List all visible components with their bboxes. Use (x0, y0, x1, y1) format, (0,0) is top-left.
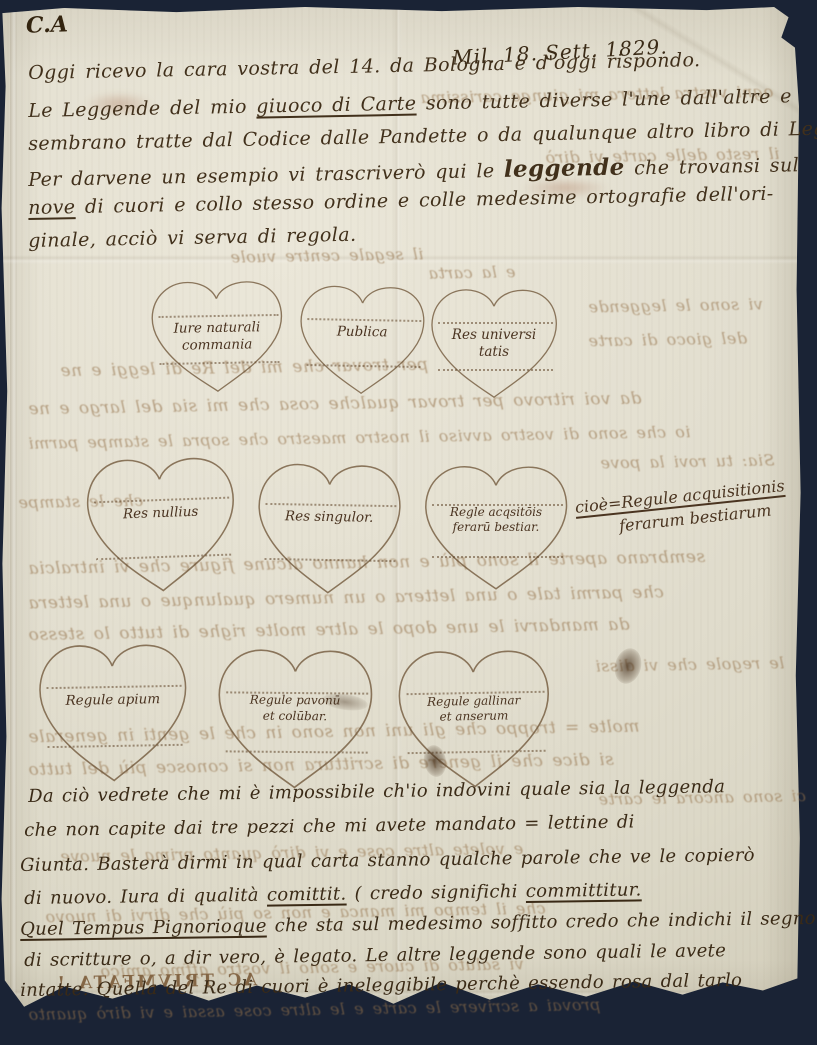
closing-line-4b-underlined: comittit. (267, 883, 347, 905)
heart-label-line1: Publica (287, 322, 437, 342)
heart-label-line1: Res singulor. (243, 508, 415, 529)
heart-label-line1: Regle acqsitōis (410, 505, 582, 521)
showthrough-line: del gioco di carte (588, 329, 747, 351)
heart-card-3: Res universitatis (418, 284, 570, 400)
heart-label: Iure naturalicommania (138, 318, 297, 356)
heart-card-7: Regule apium (23, 636, 204, 785)
opening-line-2b-underlined: giuoco di Carte (256, 93, 417, 118)
heart-label: Regule apium (24, 690, 202, 711)
closing-line-5a-underlined: Quel Tempus Pignorioque (20, 916, 267, 940)
heart-card-4: Res nullius (70, 449, 253, 597)
heart-card-1: Iure naturalicommania (137, 275, 297, 396)
opening-line-4c: che trovansi sul (624, 154, 799, 179)
dotted-line (438, 322, 554, 324)
heart-outline-icon (23, 636, 204, 785)
showthrough-line: il segale centre vuole (230, 244, 424, 266)
scanned-letter-page: { "colors": { "backdrop": "#1a2335", "pa… (0, 0, 817, 1045)
heart-label: Res singulor. (243, 508, 415, 529)
heart-label-line2: ferarū bestiar. (410, 520, 582, 536)
heart-label: Publica (287, 322, 437, 342)
heart-card-8: Regule pavonūet colūbar. (201, 642, 388, 792)
dotted-line (438, 369, 554, 371)
closing-line-4a: di nuovo. Iura di qualità (24, 885, 267, 909)
opening-line-5a-underlined: nove (28, 196, 76, 219)
salutation: C.A (26, 11, 69, 38)
heart-label-line2: et anserum (383, 708, 565, 727)
closing-line-4d-underlined: committitur. (526, 879, 642, 902)
heart-card-9: Regule gallinaret anserum (382, 642, 567, 791)
heart-card-6: Regle acqsitōisferarū bestiar. (410, 460, 582, 592)
heart-label: Res universitatis (418, 327, 570, 362)
heart-card-5: Res singulor. (242, 457, 416, 598)
showthrough-line: vi sono le leggende (588, 294, 763, 316)
heart-label: Regule gallinaret anserum (383, 692, 566, 726)
opening-line-4b-emphasis: leggende (504, 154, 625, 183)
showthrough-line: Sia: tu rovi la pove (600, 450, 775, 472)
heart-label: Regle acqsitōisferarū bestiar. (410, 505, 582, 536)
showthrough-line: e la carta (428, 262, 516, 283)
heart-label-line2: et colūbar. (202, 708, 388, 725)
heart-label-line2: tatis (418, 344, 570, 362)
heart-label-line1: Res universi (418, 327, 570, 345)
left-fold-crease (10, 5, 17, 1021)
closing-line-4c: ( credo significhi (346, 881, 526, 905)
heart-label-line2: commania (138, 336, 296, 356)
dotted-line (432, 556, 563, 558)
heart-card-2: Publica (286, 280, 438, 398)
heart-label-line1: Regule apium (24, 690, 202, 711)
opening-line-2a: Le Leggende del mio (28, 96, 256, 122)
